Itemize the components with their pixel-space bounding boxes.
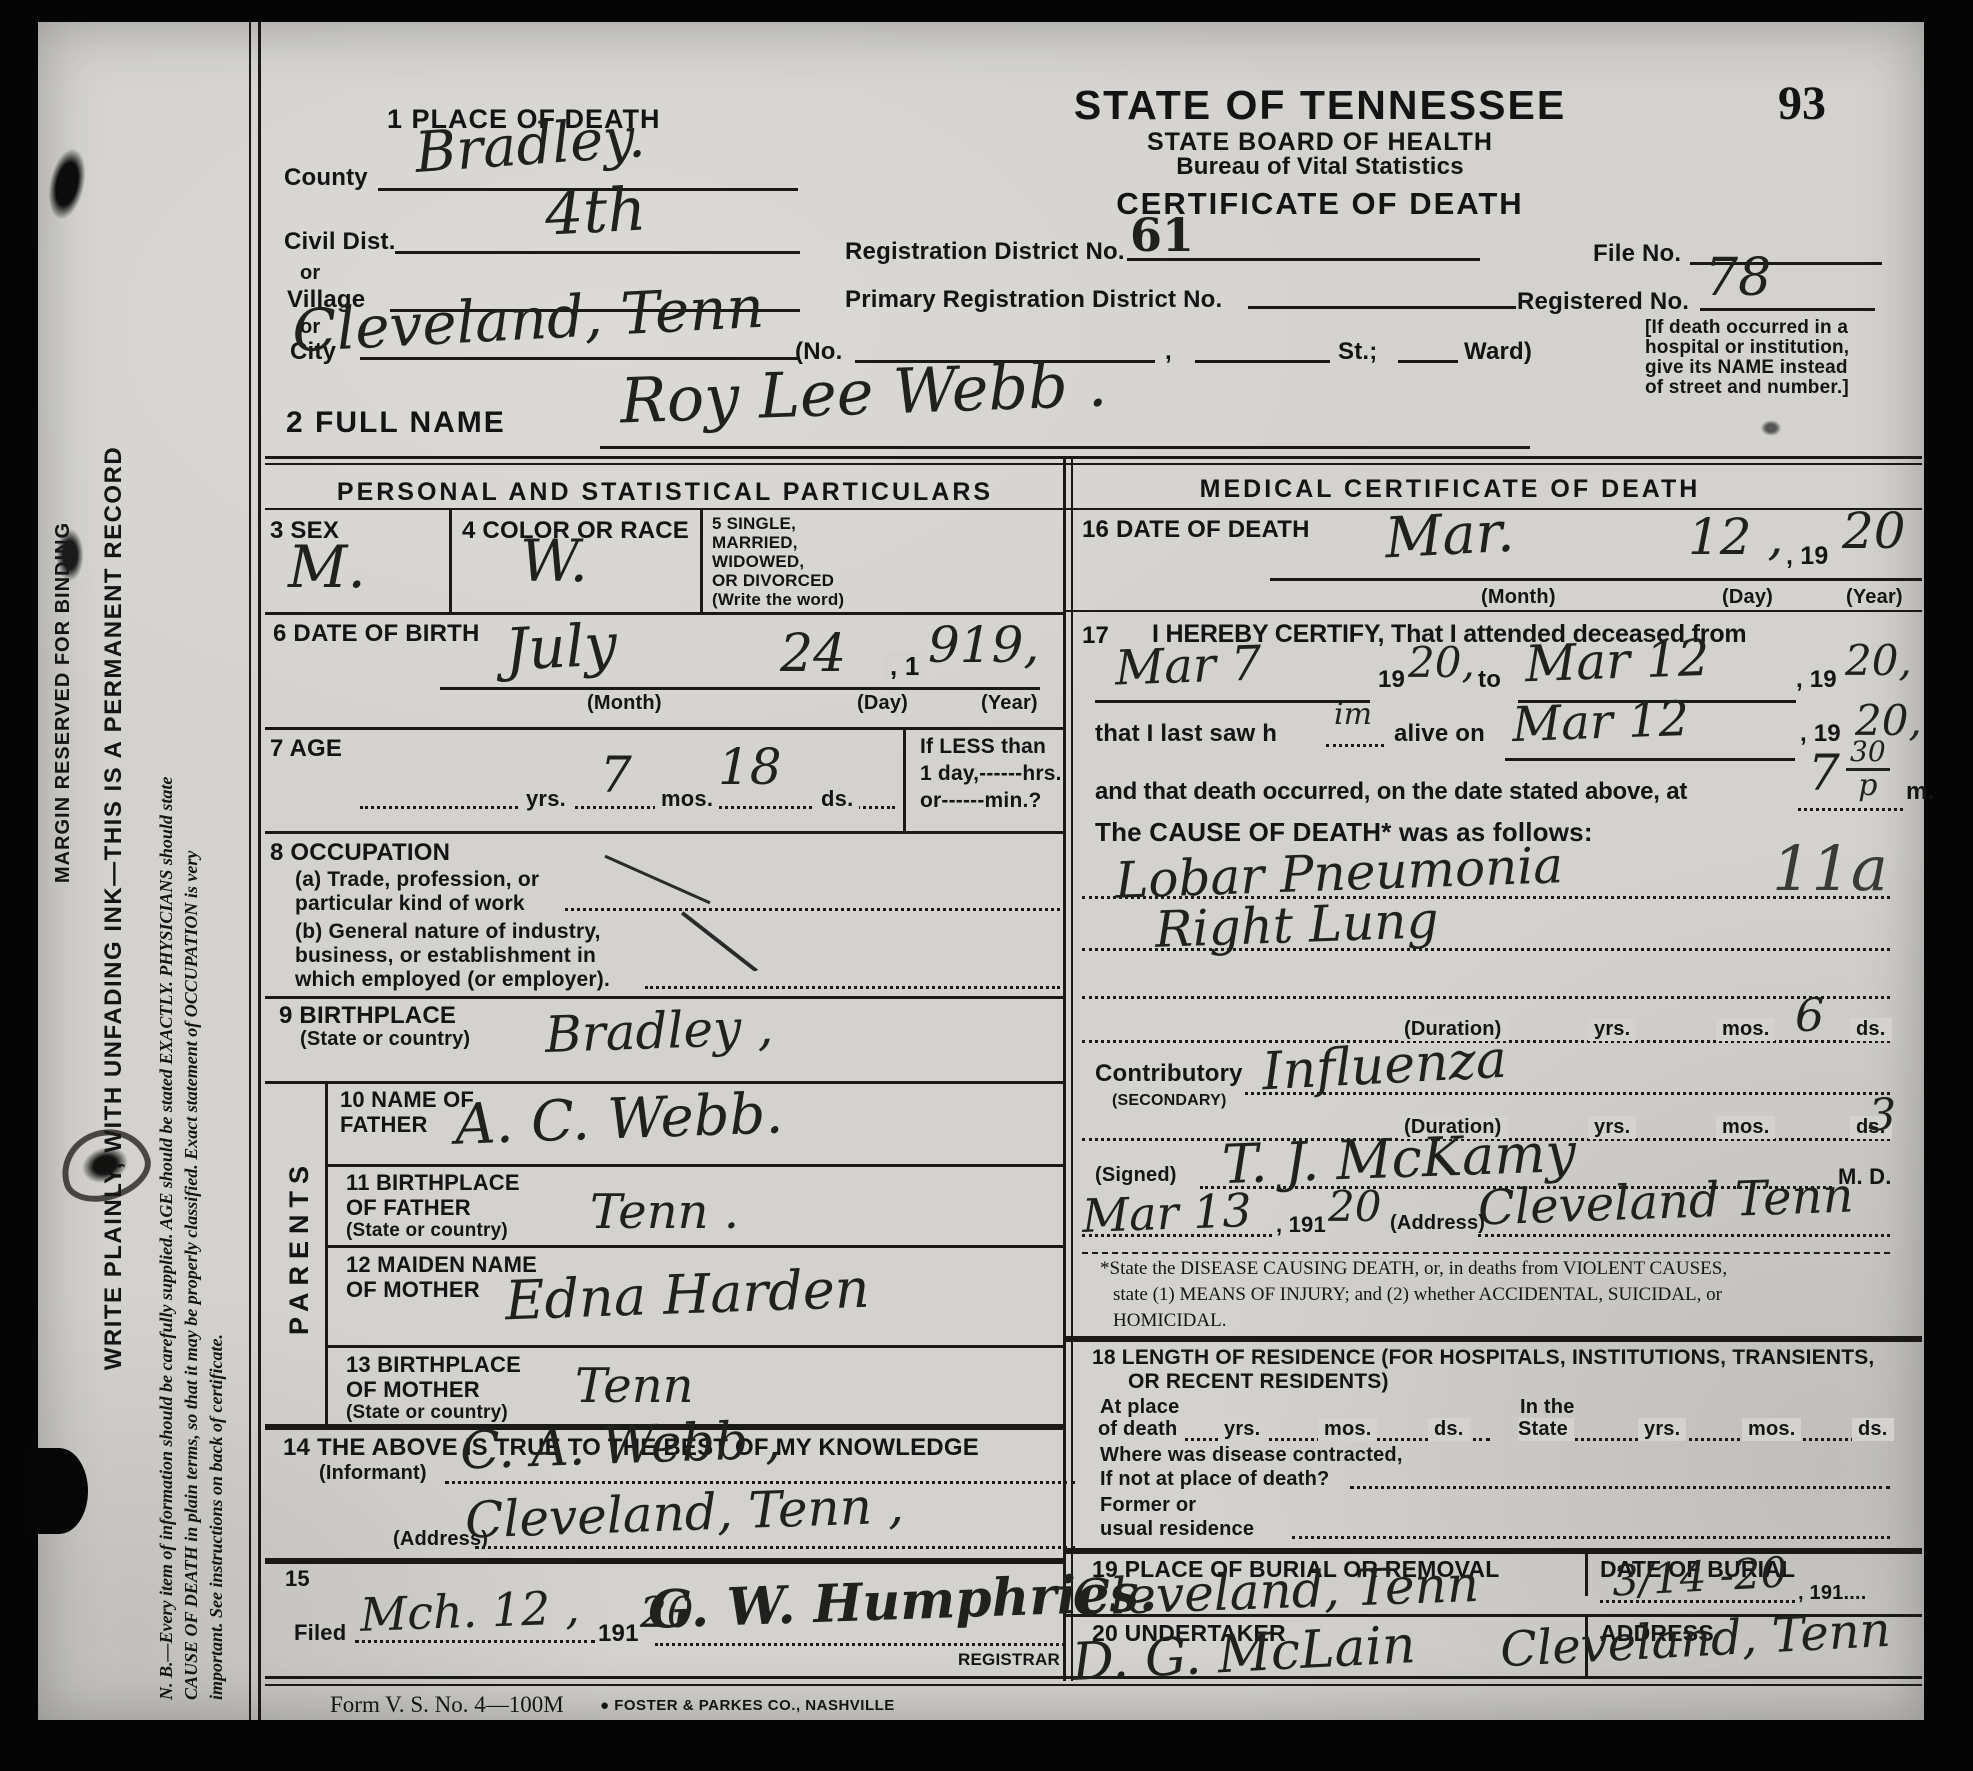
- duration1-ds: ds.: [1850, 1018, 1892, 1041]
- contributory-label: Contributory: [1095, 1060, 1243, 1088]
- ward-label: Ward): [1464, 338, 1532, 366]
- registrar-label: REGISTRAR: [958, 1650, 1060, 1670]
- dob-year-value: 919,: [928, 620, 1039, 670]
- dod-year-value: 20: [1842, 506, 1906, 556]
- rule-below-footnote: [1063, 1336, 1922, 1342]
- column-divider-b: [1071, 456, 1073, 1681]
- attended-from-value: Mar 7: [1114, 639, 1262, 692]
- page-number: 93: [1778, 76, 1826, 131]
- dob-month-sublabel: (Month): [587, 692, 662, 715]
- printer-imprint: ● FOSTER & PARKES CO., NASHVILLE: [600, 1697, 895, 1714]
- margin-divider-outer: [249, 22, 251, 1720]
- burial-place-value: Cleveland, Tenn: [1071, 1559, 1479, 1623]
- signed-label: (Signed): [1095, 1164, 1177, 1187]
- form-number: Form V. S. No. 4—100M: [330, 1692, 564, 1718]
- certificate-title: CERTIFICATE OF DEATH: [1020, 186, 1620, 222]
- burial-year-printed: , 191....: [1798, 1582, 1867, 1605]
- last-saw-him-value: im: [1334, 700, 1372, 730]
- father-birthplace-label: 11 BIRTHPLACE OF FATHER: [346, 1170, 520, 1220]
- in-the-label: In the: [1520, 1396, 1575, 1419]
- column-divider-a: [1063, 456, 1066, 1681]
- registration-district-value: 61: [1130, 212, 1194, 258]
- dod-day-value: 12 ,: [1688, 512, 1783, 562]
- birthplace-sublabel: (State or country): [300, 1028, 470, 1051]
- occurred-hour-value: 7: [1808, 748, 1840, 798]
- civil-dist-label: Civil Dist.: [284, 228, 396, 256]
- sex-value: M.: [288, 538, 366, 596]
- to-year-value: 20,: [1845, 640, 1912, 682]
- if-not-label: If not at place of death?: [1100, 1468, 1329, 1491]
- last-saw-prefix: that I last saw h: [1095, 720, 1277, 748]
- file-no-label: File No.: [1593, 240, 1681, 268]
- rule-below-informant: [265, 1558, 1063, 1564]
- signed-year-prefix: , 191: [1276, 1212, 1326, 1237]
- margin-binding-note: MARGIN RESERVED FOR BINDING: [52, 150, 75, 1255]
- cause-footnote-line1: *State the DISEASE CAUSING DEATH, or, in…: [1100, 1258, 1727, 1280]
- signed-year-value: 20: [1328, 1186, 1381, 1228]
- father-birthplace-value: Tenn .: [590, 1188, 739, 1236]
- dod-label: 16 DATE OF DEATH: [1082, 516, 1310, 544]
- cause-value-2: Right Lung: [1154, 895, 1439, 955]
- rule-below-birthplace: [265, 1081, 1063, 1084]
- dod-year-sublabel: (Year): [1846, 586, 1903, 609]
- occurred-m-label: m.: [1906, 778, 1934, 806]
- occupation-b-line: [645, 986, 1060, 989]
- informant-address-line: [475, 1546, 1075, 1549]
- rule-below-name-b: [265, 463, 1922, 465]
- at-place-label: At place: [1100, 1396, 1179, 1419]
- duration1-yrs: yrs.: [1588, 1018, 1636, 1041]
- personal-section-title: PERSONAL AND STATISTICAL PARTICULARS: [285, 478, 1045, 507]
- county-label: County: [284, 164, 368, 192]
- full-name-line: [600, 446, 1530, 449]
- dod-month-value: Mar.: [1384, 505, 1516, 568]
- duration2-yrs: yrs.: [1588, 1116, 1636, 1139]
- civil-dist-value: 4th: [543, 179, 647, 244]
- occurred-text: and that death occurred, on the date sta…: [1095, 778, 1687, 806]
- marital-label: 5 SINGLE, MARRIED, WIDOWED, OR DIVORCED …: [712, 514, 844, 609]
- cause-footnote-line3: HOMICIDAL.: [1113, 1310, 1226, 1332]
- in-state-ds: ds.: [1852, 1418, 1894, 1441]
- burial-cell-divider: [1585, 1548, 1588, 1596]
- occupation-a-label: (a) Trade, profession, or particular kin…: [295, 868, 539, 916]
- race-value: W.: [520, 532, 588, 590]
- cause-line-3: [1082, 996, 1890, 999]
- where-contracted-label: Where was disease contracted,: [1100, 1444, 1403, 1467]
- if-less-label: If LESS than 1 day,------hrs. or------mi…: [920, 733, 1062, 814]
- registered-no-label: Registered No.: [1517, 288, 1689, 316]
- street-name-line: [1195, 360, 1330, 363]
- primary-district-line: [1248, 306, 1516, 309]
- primary-district-label: Primary Registration District No.: [845, 286, 1222, 314]
- age-ifless-divider: [903, 727, 906, 832]
- margin-nb-note-line2: CAUSE OF DEATH in plain terms, so that i…: [181, 120, 202, 1700]
- rule-above-burial: [1063, 1548, 1922, 1554]
- informant-address-value: Cleveland, Tenn ,: [464, 1480, 904, 1545]
- dod-day-sublabel: (Day): [1722, 586, 1773, 609]
- full-name-label: 2 FULL NAME: [286, 406, 506, 441]
- rule-below-occupation: [265, 996, 1063, 999]
- rule-below-headers: [265, 508, 1922, 510]
- to-year-prefix: , 19: [1796, 666, 1837, 694]
- rule-below-dod: [1063, 610, 1922, 612]
- filed-year-prefix: 191: [598, 1620, 639, 1648]
- duration2-mos: mos.: [1716, 1116, 1775, 1139]
- rule-below-dob: [265, 727, 1063, 730]
- from-year-value: 20,: [1408, 642, 1475, 684]
- margin-write-plainly-note: WRITE PLAINLY, WITH UNFADING INK—THIS IS…: [100, 128, 128, 1688]
- race-marital-divider: [700, 508, 703, 613]
- signed-date-value: Mar 13: [1081, 1187, 1252, 1239]
- to-label: to: [1478, 666, 1501, 694]
- last-saw-mid: alive on: [1394, 720, 1485, 748]
- age-mos-value: 7: [600, 750, 632, 800]
- hospital-note: [If death occurred in a hospital or inst…: [1645, 318, 1849, 398]
- dob-year-prefix: , 1: [884, 652, 926, 682]
- informant-value: C. A. Webb ,: [459, 1414, 782, 1477]
- duration1-ds-value: 6: [1795, 992, 1824, 1038]
- age-mos-label: mos.: [655, 786, 719, 811]
- last-saw-date-value: Mar 12: [1511, 695, 1690, 749]
- duration1-mos: mos.: [1716, 1018, 1775, 1041]
- registration-district-label: Registration District No.: [845, 238, 1125, 266]
- medical-section-title: MEDICAL CERTIFICATE OF DEATH: [1090, 475, 1810, 504]
- scanned-death-certificate: MARGIN RESERVED FOR BINDING WRITE PLAINL…: [0, 0, 1973, 1771]
- burial-date-value: 3/14 -20: [1611, 1551, 1788, 1602]
- signed-address-line: [1478, 1234, 1890, 1237]
- registrar-line: [655, 1643, 1065, 1646]
- occurred-min-value: 30: [1846, 738, 1890, 771]
- street-comma: ,: [1165, 338, 1172, 366]
- street-label: St.;: [1338, 338, 1377, 366]
- or-label-1: or: [300, 262, 320, 285]
- contributory-value: Influenza: [1261, 1034, 1508, 1099]
- rule-below-age: [265, 831, 1063, 834]
- age-ds-value: 18: [718, 742, 782, 792]
- occurred-time-line: [1798, 808, 1903, 811]
- state-label: State: [1518, 1418, 1574, 1441]
- dob-year-sublabel: (Year): [981, 692, 1038, 715]
- dob-line: [440, 687, 1040, 690]
- cause-footnote-line2: state (1) MEANS OF INJURY; and (2) wheth…: [1113, 1284, 1722, 1306]
- occupation-b-label: (b) General nature of industry, business…: [295, 920, 610, 992]
- dod-month-sublabel: (Month): [1481, 586, 1556, 609]
- rule-below-signed: [1082, 1252, 1890, 1254]
- usual-residence-label: usual residence: [1100, 1518, 1254, 1541]
- dob-day-value: 24: [780, 628, 846, 680]
- occupation-label: 8 OCCUPATION: [270, 839, 450, 867]
- attended-to-value: Mar 12: [1524, 633, 1710, 689]
- sex-race-divider: [449, 508, 452, 613]
- at-place-mos: mos.: [1318, 1418, 1377, 1441]
- age-ds-label: ds.: [815, 786, 859, 811]
- from-underline: [1095, 700, 1370, 703]
- signed-address-label: (Address): [1390, 1212, 1485, 1235]
- occurred-ampm-value: p: [1846, 771, 1890, 801]
- in-state-yrs: yrs.: [1638, 1418, 1686, 1441]
- informant-label: (Informant): [319, 1462, 427, 1485]
- ward-line: [1398, 360, 1458, 363]
- margin-divider-inner: [258, 22, 261, 1720]
- occupation-a-line: [565, 908, 1060, 911]
- margin-nb-note-line3: important. See instructions on back of c…: [206, 120, 227, 1700]
- birthplace-label: 9 BIRTHPLACE: [279, 1002, 456, 1030]
- dod-line: [1270, 578, 1922, 581]
- last-saw-him-line: [1326, 744, 1384, 747]
- in-state-line: [1520, 1438, 1890, 1441]
- dob-label: 6 DATE OF BIRTH: [273, 620, 480, 648]
- rule-below-mother-name: [325, 1345, 1063, 1348]
- age-label: 7 AGE: [270, 735, 342, 763]
- parents-label: PARENTS: [284, 1102, 315, 1392]
- filed-label: Filed: [294, 1620, 346, 1645]
- secondary-label: (SECONDARY): [1112, 1092, 1227, 1110]
- civil-dist-line: [395, 251, 800, 254]
- full-name-value: Roy Lee Webb .: [619, 354, 1108, 433]
- mother-birthplace-label: 13 BIRTHPLACE OF MOTHER: [346, 1352, 521, 1402]
- registered-no-line: [1700, 308, 1875, 311]
- birthplace-value: Bradley ,: [544, 1002, 774, 1060]
- cause-code-value: 11a: [1772, 838, 1888, 900]
- dob-month-value: July: [504, 615, 619, 679]
- last-saw-underline: [1505, 758, 1795, 761]
- rule-below-father-name: [325, 1164, 1063, 1167]
- item15-label: 15: [285, 1566, 310, 1591]
- age-yrs-label: yrs.: [520, 786, 572, 811]
- bureau-title: Bureau of Vital Statistics: [1020, 153, 1620, 181]
- mother-birthplace-value: Tenn: [575, 1362, 694, 1410]
- rule-below-name-a: [265, 456, 1922, 459]
- if-not-line: [1350, 1486, 1890, 1489]
- former-label: Former or: [1100, 1494, 1196, 1517]
- of-death-label: of death: [1098, 1418, 1183, 1441]
- father-birthplace-sublabel: (State or country): [346, 1220, 508, 1242]
- residence-label: 18 LENGTH OF RESIDENCE (FOR HOSPITALS, I…: [1092, 1346, 1874, 1370]
- certify-item-label: 17: [1082, 622, 1109, 650]
- at-place-ds: ds.: [1428, 1418, 1470, 1441]
- dob-day-sublabel: (Day): [857, 692, 908, 715]
- at-place-yrs: yrs.: [1218, 1418, 1266, 1441]
- rule-below-sex-row: [265, 612, 1063, 615]
- from-year-prefix: 19: [1378, 666, 1405, 694]
- mother-name-value: Edna Harden: [504, 1262, 870, 1329]
- county-value: Bradley.: [413, 110, 647, 182]
- state-title: STATE OF TENNESSEE: [1020, 82, 1620, 129]
- rule-below-father-bp: [325, 1245, 1063, 1248]
- signed-address-value: Cleveland Tenn: [1477, 1171, 1854, 1232]
- dod-year-prefix: , 19: [1780, 542, 1835, 571]
- filed-date-value: Mch. 12 ,: [359, 1584, 580, 1638]
- occurred-fraction: 30 p: [1846, 738, 1890, 801]
- residence-label-2: OR RECENT RESIDENTS): [1128, 1370, 1389, 1394]
- in-state-mos: mos.: [1742, 1418, 1801, 1441]
- margin-nb-note-line1: N. B.—Every item of information should b…: [156, 120, 177, 1700]
- usual-residence-line: [1292, 1536, 1890, 1539]
- parents-inner-divider: [325, 1081, 328, 1427]
- registered-no-value: 78: [1705, 252, 1771, 304]
- duration2-ds-value: 3: [1868, 1094, 1896, 1138]
- father-name-value: A. C. Webb.: [454, 1086, 784, 1153]
